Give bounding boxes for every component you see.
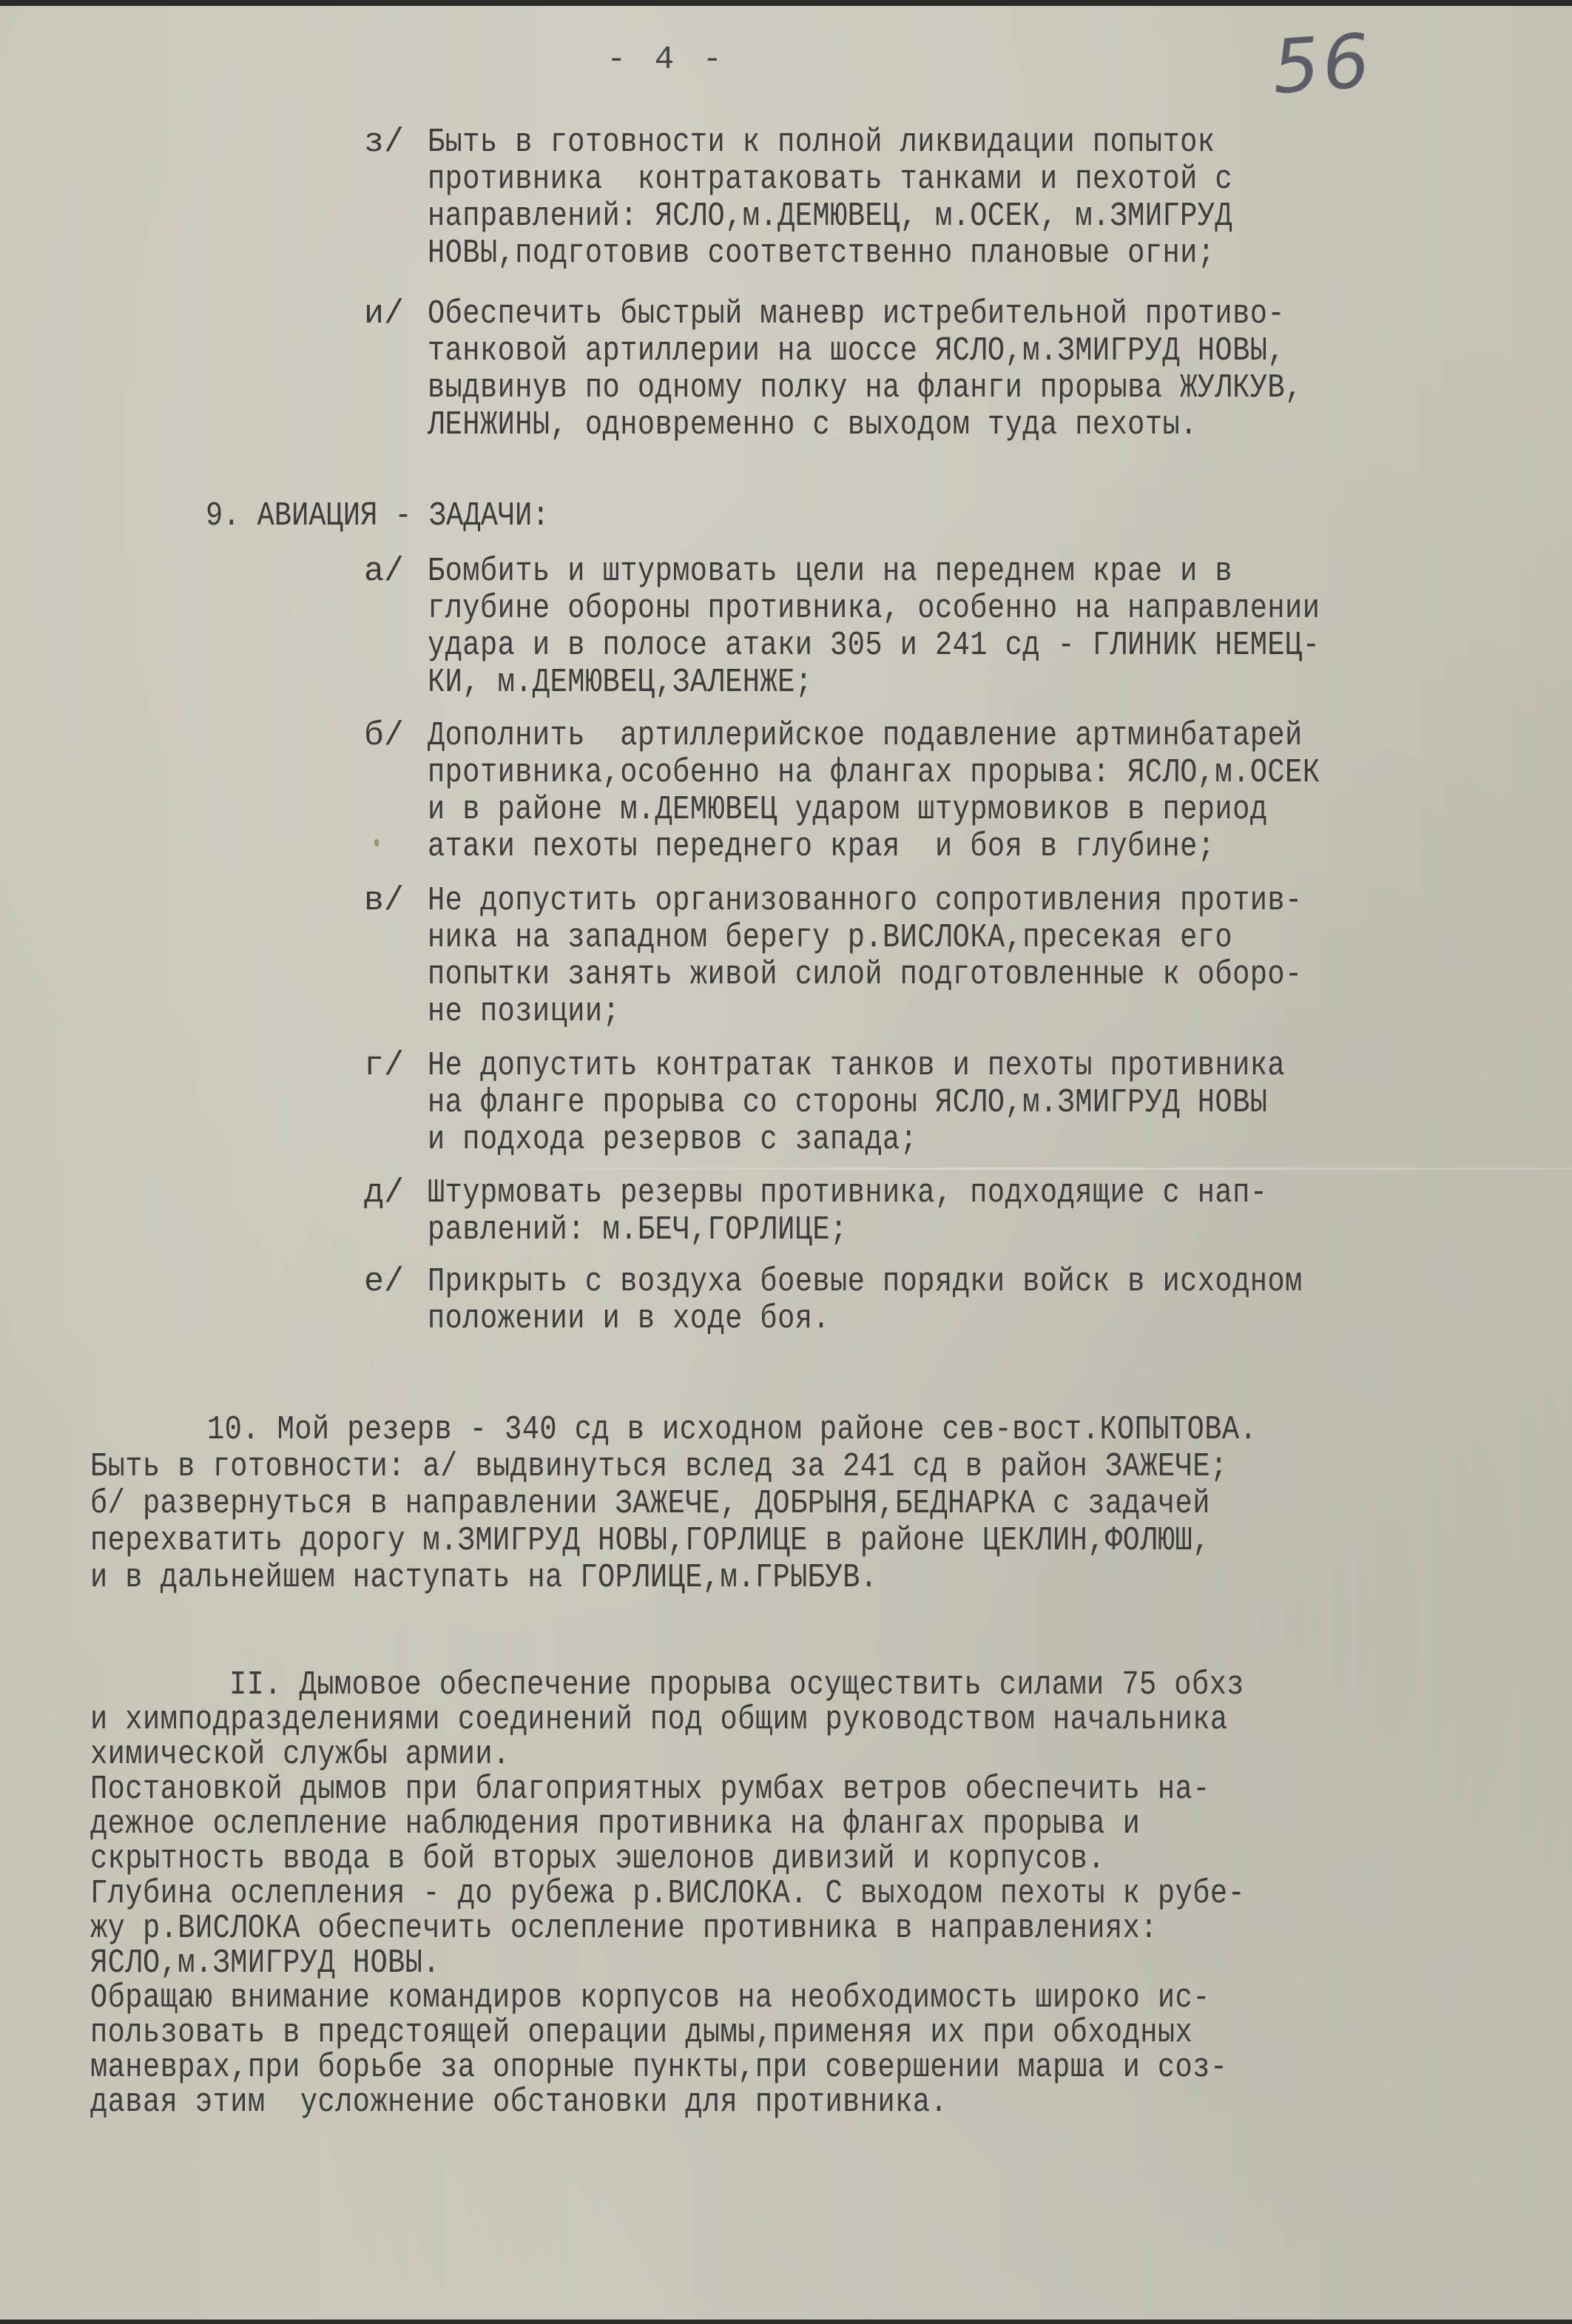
item-marker: и/	[364, 296, 404, 333]
ink-speck	[374, 839, 379, 846]
text-line: направлений: ЯСЛО,м.ДЕМЮВЕЦ, м.ОСЕК, м.З…	[428, 198, 1232, 235]
text-line: положении и в ходе боя.	[428, 1301, 830, 1338]
section-11-line: скрытность ввода в бой вторых эшелонов д…	[90, 1841, 1105, 1878]
item-marker: е/	[364, 1264, 404, 1301]
text-line: Дополнить артиллерийское подавление артм…	[428, 718, 1303, 755]
item-marker: в/	[364, 883, 404, 920]
section-10-line: перехватить дорогу м.ЗМИГРУД НОВЫ,ГОРЛИЦ…	[90, 1523, 1210, 1560]
text-line: Бомбить и штурмовать цели на переднем кр…	[428, 553, 1232, 590]
section-11-line: химической службы армии.	[90, 1737, 510, 1774]
section-11-line: дежное ослепление наблюдения противника …	[90, 1806, 1140, 1843]
text-line: ника на западном берегу р.ВИСЛОКА,пресек…	[428, 920, 1232, 957]
text-line: Не допустить контратак танков и пехоты п…	[428, 1048, 1285, 1085]
section-10-line: Быть в готовности: а/ выдвинуться вслед …	[90, 1449, 1228, 1486]
handwritten-archive-sheet-number: 56	[1269, 17, 1375, 110]
section-11-line: II. Дымовое обеспечение прорыва осуществ…	[229, 1667, 1244, 1704]
section-11-line: Глубина ослепления - до рубежа р.ВИСЛОКА…	[90, 1876, 1245, 1913]
text-line: и в районе м.ДЕМЮВЕЦ ударом штурмовиков …	[428, 792, 1267, 829]
paper-crease	[414, 1168, 1572, 1170]
section-10-line: 10. Мой резерв - 340 сд в исходном район…	[207, 1412, 1257, 1449]
text-line: глубине обороны противника, особенно на …	[428, 590, 1320, 627]
text-line: Прикрыть с воздуха боевые порядки войск …	[428, 1264, 1303, 1301]
text-line: НОВЫ,подготовив соответственно плановые …	[428, 235, 1215, 272]
text-line: Обеспечить быстрый маневр истребительной…	[428, 296, 1285, 333]
item-marker: а/	[364, 553, 404, 590]
section-11-line: маневрах,при борьбе за опорные пункты,пр…	[90, 2050, 1228, 2086]
text-line: КИ, м.ДЕМЮВЕЦ,ЗАЛЕНЖЕ;	[428, 664, 812, 701]
document-page: - 4 - 56 з/ Быть в готовности к полной л…	[0, 6, 1572, 2320]
item-marker: б/	[364, 718, 404, 755]
text-line: попытки занять живой силой подготовленны…	[428, 957, 1303, 994]
text-line: противника контратаковать танками и пехо…	[428, 161, 1232, 198]
item-marker: д/	[364, 1175, 404, 1212]
item-marker: г/	[364, 1048, 404, 1085]
section-11-line: и химподразделениями соединений под общи…	[90, 1702, 1228, 1739]
text-line: танковой артиллерии на шоссе ЯСЛО,м.ЗМИГ…	[428, 333, 1285, 370]
section-heading: 9. АВИАЦИЯ - ЗАДАЧИ:	[206, 498, 549, 535]
text-line: равлений: м.БЕЧ,ГОРЛИЦЕ;	[428, 1212, 848, 1249]
text-line: противника,особенно на флангах прорыва: …	[428, 755, 1320, 792]
section-11-line: Обращаю внимание командиров корпусов на …	[90, 1980, 1210, 2017]
section-10-line: и в дальнейшем наступать на ГОРЛИЦЕ,м.ГР…	[90, 1560, 877, 1597]
text-line: атаки пехоты переднего края и боя в глуб…	[428, 829, 1215, 866]
item-marker: з/	[364, 124, 404, 161]
text-line: Не допустить организованного сопротивлен…	[428, 883, 1303, 920]
text-line: не позиции;	[428, 994, 620, 1031]
text-line: ЛЕНЖИНЫ, одновременно с выходом туда пех…	[428, 407, 1198, 444]
section-11-line: жу р.ВИСЛОКА обеспечить ослепление проти…	[90, 1910, 1158, 1947]
text-line: выдвинув по одному полку на фланги проры…	[428, 370, 1303, 407]
section-11-line: давая этим усложнение обстановки для про…	[90, 2084, 948, 2121]
text-line: и подхода резервов с запада;	[428, 1122, 917, 1159]
text-line: на фланге прорыва со стороны ЯСЛО,м.ЗМИГ…	[428, 1085, 1267, 1122]
section-11-line: ЯСЛО,м.ЗМИГРУД НОВЫ.	[90, 1945, 440, 1982]
section-10-line: б/ развернуться в направлении ЗАЖЕЧЕ, ДО…	[90, 1486, 1210, 1523]
text-line: удара и в полосе атаки 305 и 241 сд - ГЛ…	[428, 627, 1320, 664]
text-line: Быть в готовности к полной ликвидации по…	[428, 124, 1215, 161]
section-11-line: Постановкой дымов при благоприятных румб…	[90, 1771, 1210, 1808]
text-line: Штурмовать резервы противника, подходящи…	[428, 1175, 1267, 1212]
page-number: - 4 -	[607, 41, 726, 78]
section-11-line: пользовать в предстоящей операции дымы,п…	[90, 2015, 1193, 2052]
